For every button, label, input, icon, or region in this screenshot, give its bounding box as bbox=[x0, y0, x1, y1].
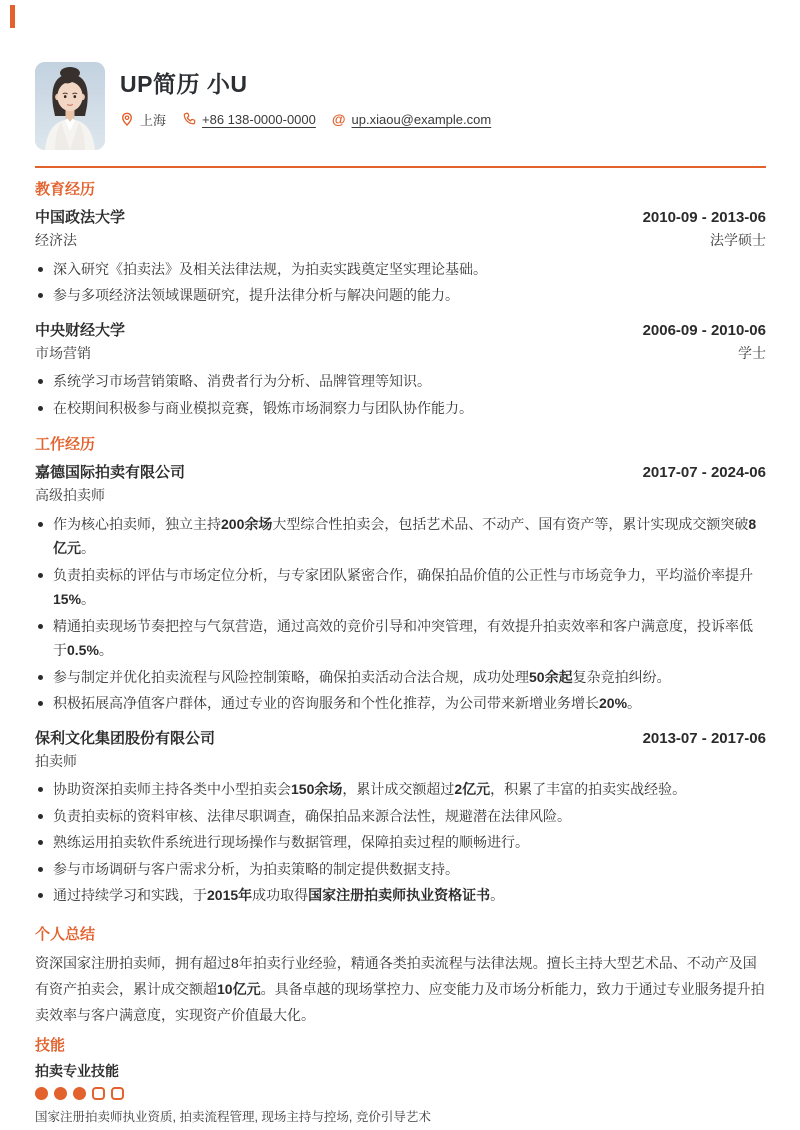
work-entries: 嘉德国际拍卖有限公司2017-07 - 2024-06高级拍卖师作为核心拍卖师，… bbox=[35, 461, 766, 908]
email-text: up.xiaou@example.com bbox=[352, 112, 492, 127]
bullet-item: 熟练运用拍卖软件系统进行现场操作与数据管理，保障拍卖过程的顺畅进行。 bbox=[35, 830, 766, 855]
highlight-text: 50余起 bbox=[529, 669, 573, 685]
rating-dot-filled-icon bbox=[54, 1087, 67, 1100]
entry-bullet-list: 作为核心拍卖师，独立主持200余场大型综合性拍卖会，包括艺术品、不动产、国有资产… bbox=[35, 512, 766, 716]
rating-dot-empty-icon bbox=[92, 1087, 105, 1100]
experience-entry: 中国政法大学2010-09 - 2013-06经济法法学硕士深入研究《拍卖法》及… bbox=[35, 206, 766, 308]
resume-page: UP简历 小U 上海 bbox=[0, 0, 800, 1126]
experience-entry: 中央财经大学2006-09 - 2010-06市场营销学士系统学习市场营销策略、… bbox=[35, 319, 766, 421]
entry-role: 高级拍卖师 bbox=[35, 486, 105, 506]
bullet-item: 通过持续学习和实践，于2015年成功取得国家注册拍卖师执业资格证书。 bbox=[35, 883, 766, 908]
bullet-item: 负责拍卖标的评估与市场定位分析，与专家团队紧密合作，确保拍品价值的公正性与市场竞… bbox=[35, 563, 766, 612]
body-text: 积极拓展高净值客户群体，通过专业的咨询服务和个性化推荐，为公司带来新增业务增长 bbox=[53, 695, 599, 711]
section-heading-skills: 技能 bbox=[35, 1037, 766, 1055]
bullet-item: 参与制定并优化拍卖流程与风险控制策略，确保拍卖活动合法合规，成功处理50余起复杂… bbox=[35, 665, 766, 690]
entry-bullet-list: 系统学习市场营销策略、消费者行为分析、品牌管理等知识。在校期间积极参与商业模拟竞… bbox=[35, 369, 766, 420]
body-text: 在校期间积极参与商业模拟竞赛，锻炼市场洞察力与团队协作能力。 bbox=[53, 400, 473, 416]
skill-keywords: 国家注册拍卖师执业资质, 拍卖流程管理, 现场主持与控场, 竞价引导艺术 bbox=[35, 1109, 766, 1127]
phone-text: +86 138-0000-0000 bbox=[202, 112, 316, 127]
rating-dot-filled-icon bbox=[35, 1087, 48, 1100]
entry-title: 中央财经大学 bbox=[35, 319, 125, 340]
entry-dates: 2010-09 - 2013-06 bbox=[643, 209, 766, 226]
bullet-item: 作为核心拍卖师，独立主持200余场大型综合性拍卖会，包括艺术品、不动产、国有资产… bbox=[35, 512, 766, 561]
entry-role: 经济法 bbox=[35, 231, 77, 251]
body-text: 参与市场调研与客户需求分析，为拍卖策略的制定提供数据支持。 bbox=[53, 861, 459, 877]
entry-subheader: 市场营销学士 bbox=[35, 344, 766, 364]
at-email-icon: @ bbox=[332, 112, 346, 126]
entry-title: 保利文化集团股份有限公司 bbox=[35, 727, 215, 748]
bullet-item: 积极拓展高净值客户群体，通过专业的咨询服务和个性化推荐，为公司带来新增业务增长2… bbox=[35, 691, 766, 716]
body-text: 深入研究《拍卖法》及相关法律法规，为拍卖实践奠定坚实理论基础。 bbox=[53, 261, 487, 277]
experience-entry: 嘉德国际拍卖有限公司2017-07 - 2024-06高级拍卖师作为核心拍卖师，… bbox=[35, 461, 766, 716]
bullet-item: 在校期间积极参与商业模拟竞赛，锻炼市场洞察力与团队协作能力。 bbox=[35, 396, 766, 421]
candidate-name: UP简历 小U bbox=[120, 71, 507, 99]
entry-title: 中国政法大学 bbox=[35, 206, 125, 227]
body-text: ，积累了丰富的拍卖实战经验。 bbox=[490, 781, 686, 797]
highlight-text: 20% bbox=[599, 695, 627, 711]
section-education: 教育经历 中国政法大学2010-09 - 2013-06经济法法学硕士深入研究《… bbox=[35, 181, 766, 420]
entry-subheader: 经济法法学硕士 bbox=[35, 231, 766, 251]
body-text: 作为核心拍卖师，独立主持 bbox=[53, 516, 221, 532]
bullet-item: 负责拍卖标的资料审核、法律尽职调查，确保拍品来源合法性，规避潜在法律风险。 bbox=[35, 804, 766, 829]
section-heading-education: 教育经历 bbox=[35, 181, 766, 199]
highlight-text: 2亿元 bbox=[454, 781, 490, 797]
body-text: 参与多项经济法领域课题研究，提升法律分析与解决问题的能力。 bbox=[53, 287, 459, 303]
body-text: 。 bbox=[627, 695, 641, 711]
bullet-item: 深入研究《拍卖法》及相关法律法规，为拍卖实践奠定坚实理论基础。 bbox=[35, 257, 766, 282]
header-info: UP简历 小U 上海 bbox=[120, 62, 507, 129]
bullet-item: 协助资深拍卖师主持各类中小型拍卖会150余场，累计成交额超过2亿元，积累了丰富的… bbox=[35, 777, 766, 802]
bullet-item: 参与多项经济法领域课题研究，提升法律分析与解决问题的能力。 bbox=[35, 283, 766, 308]
summary-paragraph: 资深国家注册拍卖师，拥有超过8年拍卖行业经验，精通各类拍卖流程与法律法规。擅长主… bbox=[35, 951, 766, 1029]
entry-degree: 法学硕士 bbox=[710, 231, 766, 251]
entry-role: 拍卖师 bbox=[35, 752, 77, 772]
skill-rating bbox=[35, 1087, 766, 1100]
entry-bullet-list: 协助资深拍卖师主持各类中小型拍卖会150余场，累计成交额超过2亿元，积累了丰富的… bbox=[35, 777, 766, 908]
entry-dates: 2006-09 - 2010-06 bbox=[643, 322, 766, 339]
contact-row: 上海 +86 138-0000-0000 @ up.xiaou@example.… bbox=[120, 110, 507, 129]
skill-name: 拍卖专业技能 bbox=[35, 1062, 766, 1080]
highlight-text: 0.5% bbox=[67, 642, 99, 658]
highlight-text: 15% bbox=[53, 591, 81, 607]
body-text: 通过持续学习和实践，于 bbox=[53, 887, 207, 903]
body-text: 协助资深拍卖师主持各类中小型拍卖会 bbox=[53, 781, 291, 797]
entry-header: 中国政法大学2010-09 - 2013-06 bbox=[35, 206, 766, 227]
body-text: 。 bbox=[81, 591, 95, 607]
location-item: 上海 bbox=[120, 110, 166, 129]
body-text: 系统学习市场营销策略、消费者行为分析、品牌管理等知识。 bbox=[53, 373, 431, 389]
body-text: 负责拍卖标的评估与市场定位分析，与专家团队紧密合作，确保拍品价值的公正性与市场竞… bbox=[53, 567, 753, 583]
body-text: 负责拍卖标的资料审核、法律尽职调查，确保拍品来源合法性，规避潜在法律风险。 bbox=[53, 808, 571, 824]
entry-header: 中央财经大学2006-09 - 2010-06 bbox=[35, 319, 766, 340]
body-text: 。 bbox=[81, 540, 95, 556]
highlight-text: 10亿元 bbox=[217, 981, 261, 997]
highlight-text: 国家注册拍卖师执业资格证书 bbox=[308, 887, 490, 903]
body-text: 大型综合性拍卖会，包括艺术品、不动产、国有资产等，累计实现成交额突破 bbox=[272, 516, 748, 532]
page-edge-marker bbox=[10, 5, 15, 28]
highlight-text: 2015年 bbox=[207, 887, 252, 903]
entry-bullet-list: 深入研究《拍卖法》及相关法律法规，为拍卖实践奠定坚实理论基础。参与多项经济法领域… bbox=[35, 257, 766, 308]
section-summary: 个人总结 资深国家注册拍卖师，拥有超过8年拍卖行业经验，精通各类拍卖流程与法律法… bbox=[35, 926, 766, 1029]
bullet-item: 参与市场调研与客户需求分析，为拍卖策略的制定提供数据支持。 bbox=[35, 857, 766, 882]
section-skills: 技能 拍卖专业技能国家注册拍卖师执业资质, 拍卖流程管理, 现场主持与控场, 竞… bbox=[35, 1037, 766, 1127]
section-heading-work: 工作经历 bbox=[35, 436, 766, 454]
entry-header: 嘉德国际拍卖有限公司2017-07 - 2024-06 bbox=[35, 461, 766, 482]
body-text: 复杂竞拍纠纷。 bbox=[573, 669, 671, 685]
body-text: 。 bbox=[99, 642, 113, 658]
body-text: 。 bbox=[490, 887, 504, 903]
resume-header: UP简历 小U 上海 bbox=[35, 62, 766, 150]
entry-header: 保利文化集团股份有限公司2013-07 - 2017-06 bbox=[35, 727, 766, 748]
phone-icon bbox=[182, 112, 196, 126]
email-link[interactable]: @ up.xiaou@example.com bbox=[332, 112, 491, 127]
highlight-text: 150余场 bbox=[291, 781, 342, 797]
bullet-item: 系统学习市场营销策略、消费者行为分析、品牌管理等知识。 bbox=[35, 369, 766, 394]
body-text: 精通拍卖现场节奏把控与气氛营造，通过高效的竞价引导和冲突管理，有效提升拍卖效率和… bbox=[53, 618, 753, 659]
experience-entry: 保利文化集团股份有限公司2013-07 - 2017-06拍卖师协助资深拍卖师主… bbox=[35, 727, 766, 908]
section-work: 工作经历 嘉德国际拍卖有限公司2017-07 - 2024-06高级拍卖师作为核… bbox=[35, 436, 766, 908]
profile-photo bbox=[35, 62, 105, 150]
bullet-item: 精通拍卖现场节奏把控与气氛营造，通过高效的竞价引导和冲突管理，有效提升拍卖效率和… bbox=[35, 614, 766, 663]
location-text: 上海 bbox=[140, 110, 166, 129]
rating-dot-filled-icon bbox=[73, 1087, 86, 1100]
highlight-text: 200余场 bbox=[221, 516, 272, 532]
entry-title: 嘉德国际拍卖有限公司 bbox=[35, 461, 185, 482]
skills-list: 拍卖专业技能国家注册拍卖师执业资质, 拍卖流程管理, 现场主持与控场, 竞价引导… bbox=[35, 1062, 766, 1127]
profile-photo-illustration bbox=[35, 62, 105, 150]
body-text: 成功取得 bbox=[252, 887, 308, 903]
entry-dates: 2013-07 - 2017-06 bbox=[643, 730, 766, 747]
body-text: 参与制定并优化拍卖流程与风险控制策略，确保拍卖活动合法合规，成功处理 bbox=[53, 669, 529, 685]
body-text: ，累计成交额超过 bbox=[342, 781, 454, 797]
body-text: 熟练运用拍卖软件系统进行现场操作与数据管理，保障拍卖过程的顺畅进行。 bbox=[53, 834, 529, 850]
entry-subheader: 拍卖师 bbox=[35, 752, 766, 772]
section-heading-summary: 个人总结 bbox=[35, 926, 766, 944]
rating-dot-empty-icon bbox=[111, 1087, 124, 1100]
location-pin-icon bbox=[120, 112, 134, 127]
phone-link[interactable]: +86 138-0000-0000 bbox=[182, 112, 316, 127]
entry-dates: 2017-07 - 2024-06 bbox=[643, 464, 766, 481]
entry-subheader: 高级拍卖师 bbox=[35, 486, 766, 506]
education-entries: 中国政法大学2010-09 - 2013-06经济法法学硕士深入研究《拍卖法》及… bbox=[35, 206, 766, 420]
accent-divider bbox=[35, 166, 766, 168]
entry-role: 市场营销 bbox=[35, 344, 91, 364]
entry-degree: 学士 bbox=[738, 344, 766, 364]
